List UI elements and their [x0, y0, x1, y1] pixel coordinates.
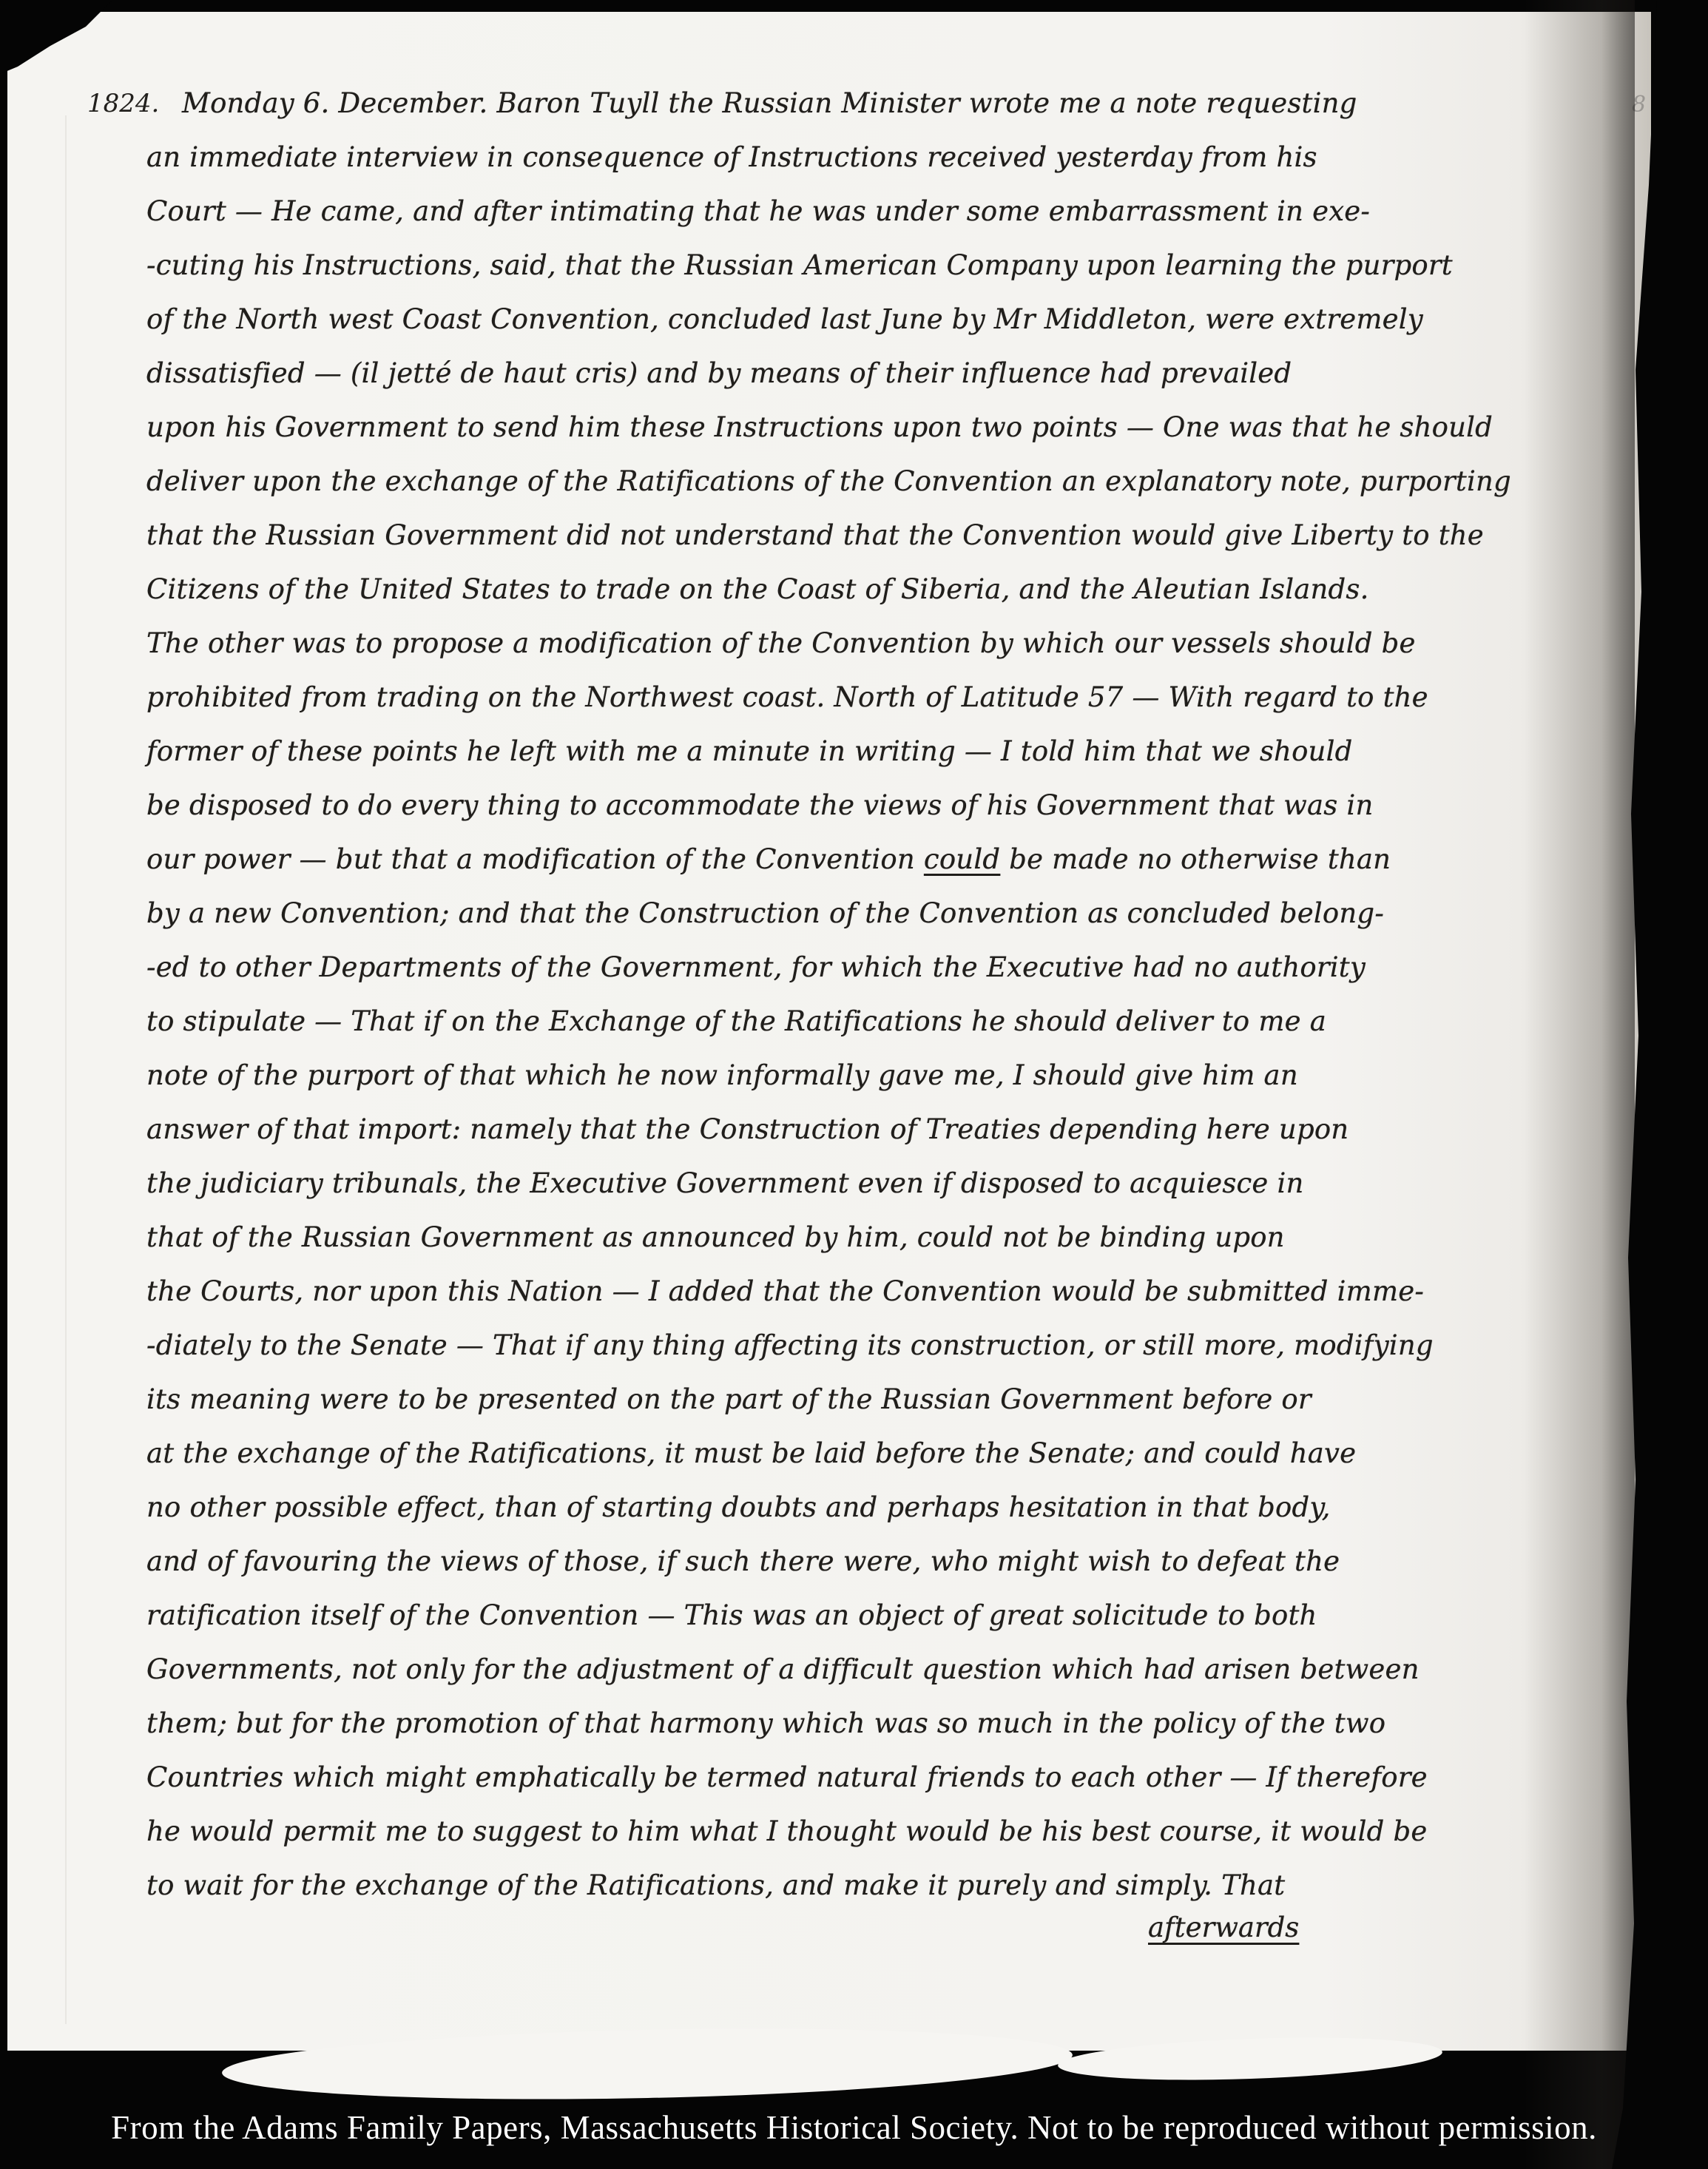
manuscript-line: former of these points he left with me a…: [146, 735, 1596, 789]
manuscript-line: -ed to other Departments of the Governme…: [146, 951, 1596, 1005]
manuscript-line: ratification itself of the Convention — …: [146, 1599, 1596, 1653]
manuscript-line: by a new Convention; and that the Constr…: [146, 897, 1596, 951]
catchword: afterwards: [1148, 1912, 1299, 1943]
manuscript-line: Citizens of the United States to trade o…: [146, 573, 1596, 627]
manuscript-paper: 1824. 8 Monday 6. December. Baron Tuyll …: [7, 12, 1651, 2051]
manuscript-line: Governments, not only for the adjustment…: [146, 1653, 1596, 1707]
manuscript-line: be disposed to do every thing to accommo…: [146, 789, 1596, 843]
manuscript-line: he would permit me to suggest to him wha…: [146, 1815, 1596, 1869]
manuscript-line: of the North west Coast Convention, conc…: [146, 303, 1596, 357]
manuscript-line: deliver upon the exchange of the Ratific…: [146, 465, 1596, 519]
manuscript-line: them; but for the promotion of that harm…: [146, 1707, 1596, 1761]
manuscript-line: and of favouring the views of those, if …: [146, 1545, 1596, 1599]
manuscript-line: no other possible effect, than of starti…: [146, 1491, 1596, 1545]
manuscript-line: to stipulate — That if on the Exchange o…: [146, 1005, 1596, 1059]
manuscript-line: The other was to propose a modification …: [146, 627, 1596, 681]
left-fold-line: [65, 115, 67, 2024]
manuscript-line: -cuting his Instructions, said, that the…: [146, 249, 1596, 303]
manuscript-line: Countries which might emphatically be te…: [146, 1761, 1596, 1815]
manuscript-line: its meaning were to be presented on the …: [146, 1383, 1596, 1437]
footer-caption: From the Adams Family Papers, Massachuse…: [0, 2108, 1708, 2147]
page-number: 8: [1632, 92, 1646, 118]
manuscript-line: the judiciary tribunals, the Executive G…: [146, 1167, 1596, 1221]
manuscript-line: that of the Russian Government as announ…: [146, 1221, 1596, 1275]
manuscript-line: prohibited from trading on the Northwest…: [146, 681, 1596, 735]
manuscript-line: the Courts, nor upon this Nation — I add…: [146, 1275, 1596, 1329]
manuscript-line: Court — He came, and after intimating th…: [146, 195, 1596, 249]
manuscript-line: to wait for the exchange of the Ratifica…: [146, 1869, 1596, 1923]
manuscript-line: an immediate interview in consequence of…: [146, 141, 1596, 195]
manuscript-line: answer of that import: namely that the C…: [146, 1113, 1596, 1167]
manuscript-line: note of the purport of that which he now…: [146, 1059, 1596, 1113]
manuscript-line: Monday 6. December. Baron Tuyll the Russ…: [146, 87, 1596, 141]
manuscript-line: -diately to the Senate — That if any thi…: [146, 1329, 1596, 1383]
manuscript-line: at the exchange of the Ratifications, it…: [146, 1437, 1596, 1491]
manuscript-line: that the Russian Government did not unde…: [146, 519, 1596, 573]
manuscript-text: Monday 6. December. Baron Tuyll the Russ…: [146, 87, 1596, 1923]
scanned-page: 1824. 8 Monday 6. December. Baron Tuyll …: [0, 0, 1708, 2169]
manuscript-line: dissatisfied — (il jetté de haut cris) a…: [146, 357, 1596, 411]
manuscript-line: upon his Government to send him these In…: [146, 411, 1596, 465]
manuscript-line: our power — but that a modification of t…: [146, 843, 1596, 897]
